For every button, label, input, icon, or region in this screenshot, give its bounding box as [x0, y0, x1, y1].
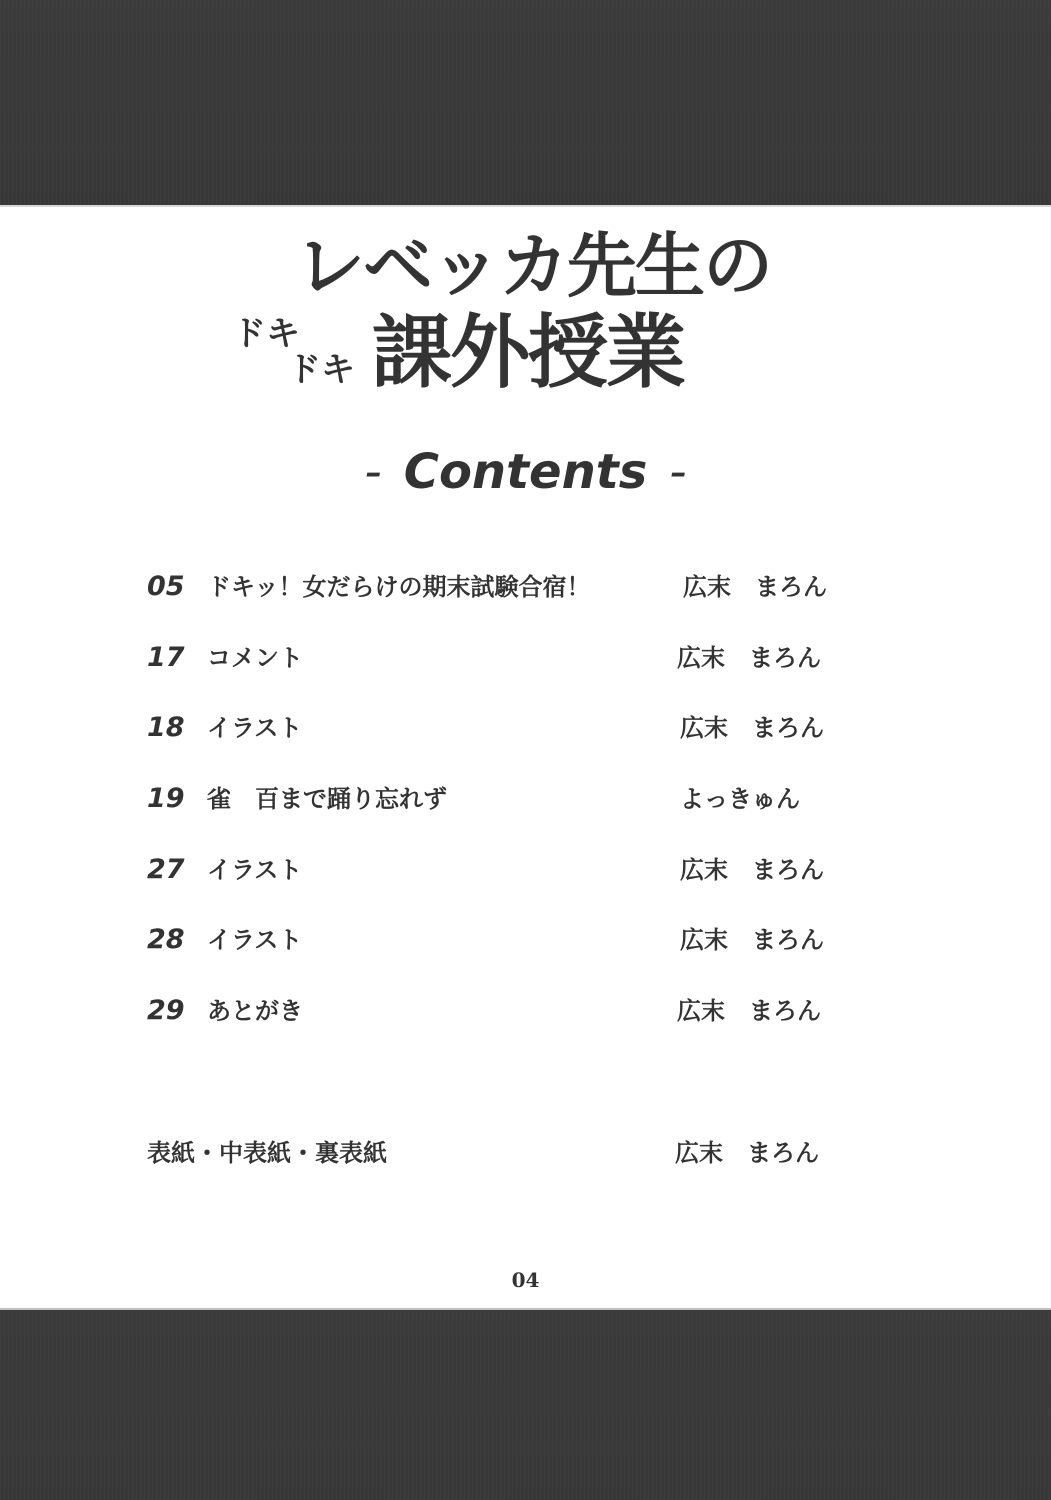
- heading-dash-left: -: [364, 444, 381, 500]
- toc-entry: 17 コメント 広末 まろん: [0, 638, 1051, 678]
- toc-title: ドキッ！女だらけの期末試験合宿！: [207, 567, 591, 607]
- toc-author: 広末 まろん: [677, 638, 821, 678]
- toc-author: 広末 まろん: [680, 708, 824, 748]
- toc-entry: 05 ドキッ！女だらけの期末試験合宿！ 広末 まろん: [0, 567, 1051, 607]
- toc-title: イラスト: [207, 920, 302, 960]
- toc-author: 広末 まろん: [677, 991, 821, 1031]
- toc-title: イラスト: [207, 850, 302, 890]
- toc-entry: 28 イラスト 広末 まろん: [0, 920, 1051, 960]
- toc-author: 広末 まろん: [680, 850, 824, 890]
- toc-page-number: 28: [147, 920, 185, 960]
- toc-title: コメント: [207, 638, 303, 678]
- book-title: レベッカ先生の ドキ ドキ 課外授業: [0, 225, 1051, 395]
- toc-entry: 18 イラスト 広末 まろん: [0, 708, 1051, 748]
- toc-title: イラスト: [207, 708, 302, 748]
- heading-label: Contents: [404, 444, 648, 500]
- contents-heading: -Contents-: [0, 448, 1051, 496]
- toc-page-number: 18: [147, 708, 185, 748]
- page-number: 04: [0, 1268, 1051, 1292]
- toc-title: 雀 百まで踊り忘れず: [207, 779, 447, 819]
- toc-page-number: 17: [147, 638, 185, 678]
- title-doki-top: ドキ: [232, 317, 300, 351]
- cover-credit: 表紙・中表紙・裏表紙 広末 まろん: [0, 1133, 1051, 1173]
- toc-author: よっきゅん: [680, 779, 800, 819]
- heading-dash-right: -: [669, 444, 686, 500]
- toc-entry: 29 あとがき 広末 まろん: [0, 991, 1051, 1031]
- toc-page-number: 29: [147, 991, 185, 1031]
- bottom-scan-border: [0, 1310, 1051, 1500]
- top-scan-border: [0, 0, 1051, 205]
- cover-credit-author: 広末 まろん: [675, 1133, 819, 1173]
- cover-credit-title: 表紙・中表紙・裏表紙: [147, 1133, 387, 1173]
- title-line-1: レベッカ先生の: [295, 231, 771, 301]
- title-doki-bottom: ドキ: [287, 353, 355, 387]
- toc-author: 広末 まろん: [683, 567, 827, 607]
- toc-entry: 27 イラスト 広末 まろん: [0, 850, 1051, 890]
- title-line-2: 課外授業: [372, 313, 684, 393]
- toc-page-number: 27: [147, 850, 185, 890]
- toc-page-number: 19: [147, 779, 185, 819]
- toc-title: あとがき: [207, 991, 303, 1031]
- toc-page-number: 05: [147, 567, 185, 607]
- toc-entry: 19 雀 百まで踊り忘れず よっきゅん: [0, 779, 1051, 819]
- toc-author: 広末 まろん: [680, 920, 824, 960]
